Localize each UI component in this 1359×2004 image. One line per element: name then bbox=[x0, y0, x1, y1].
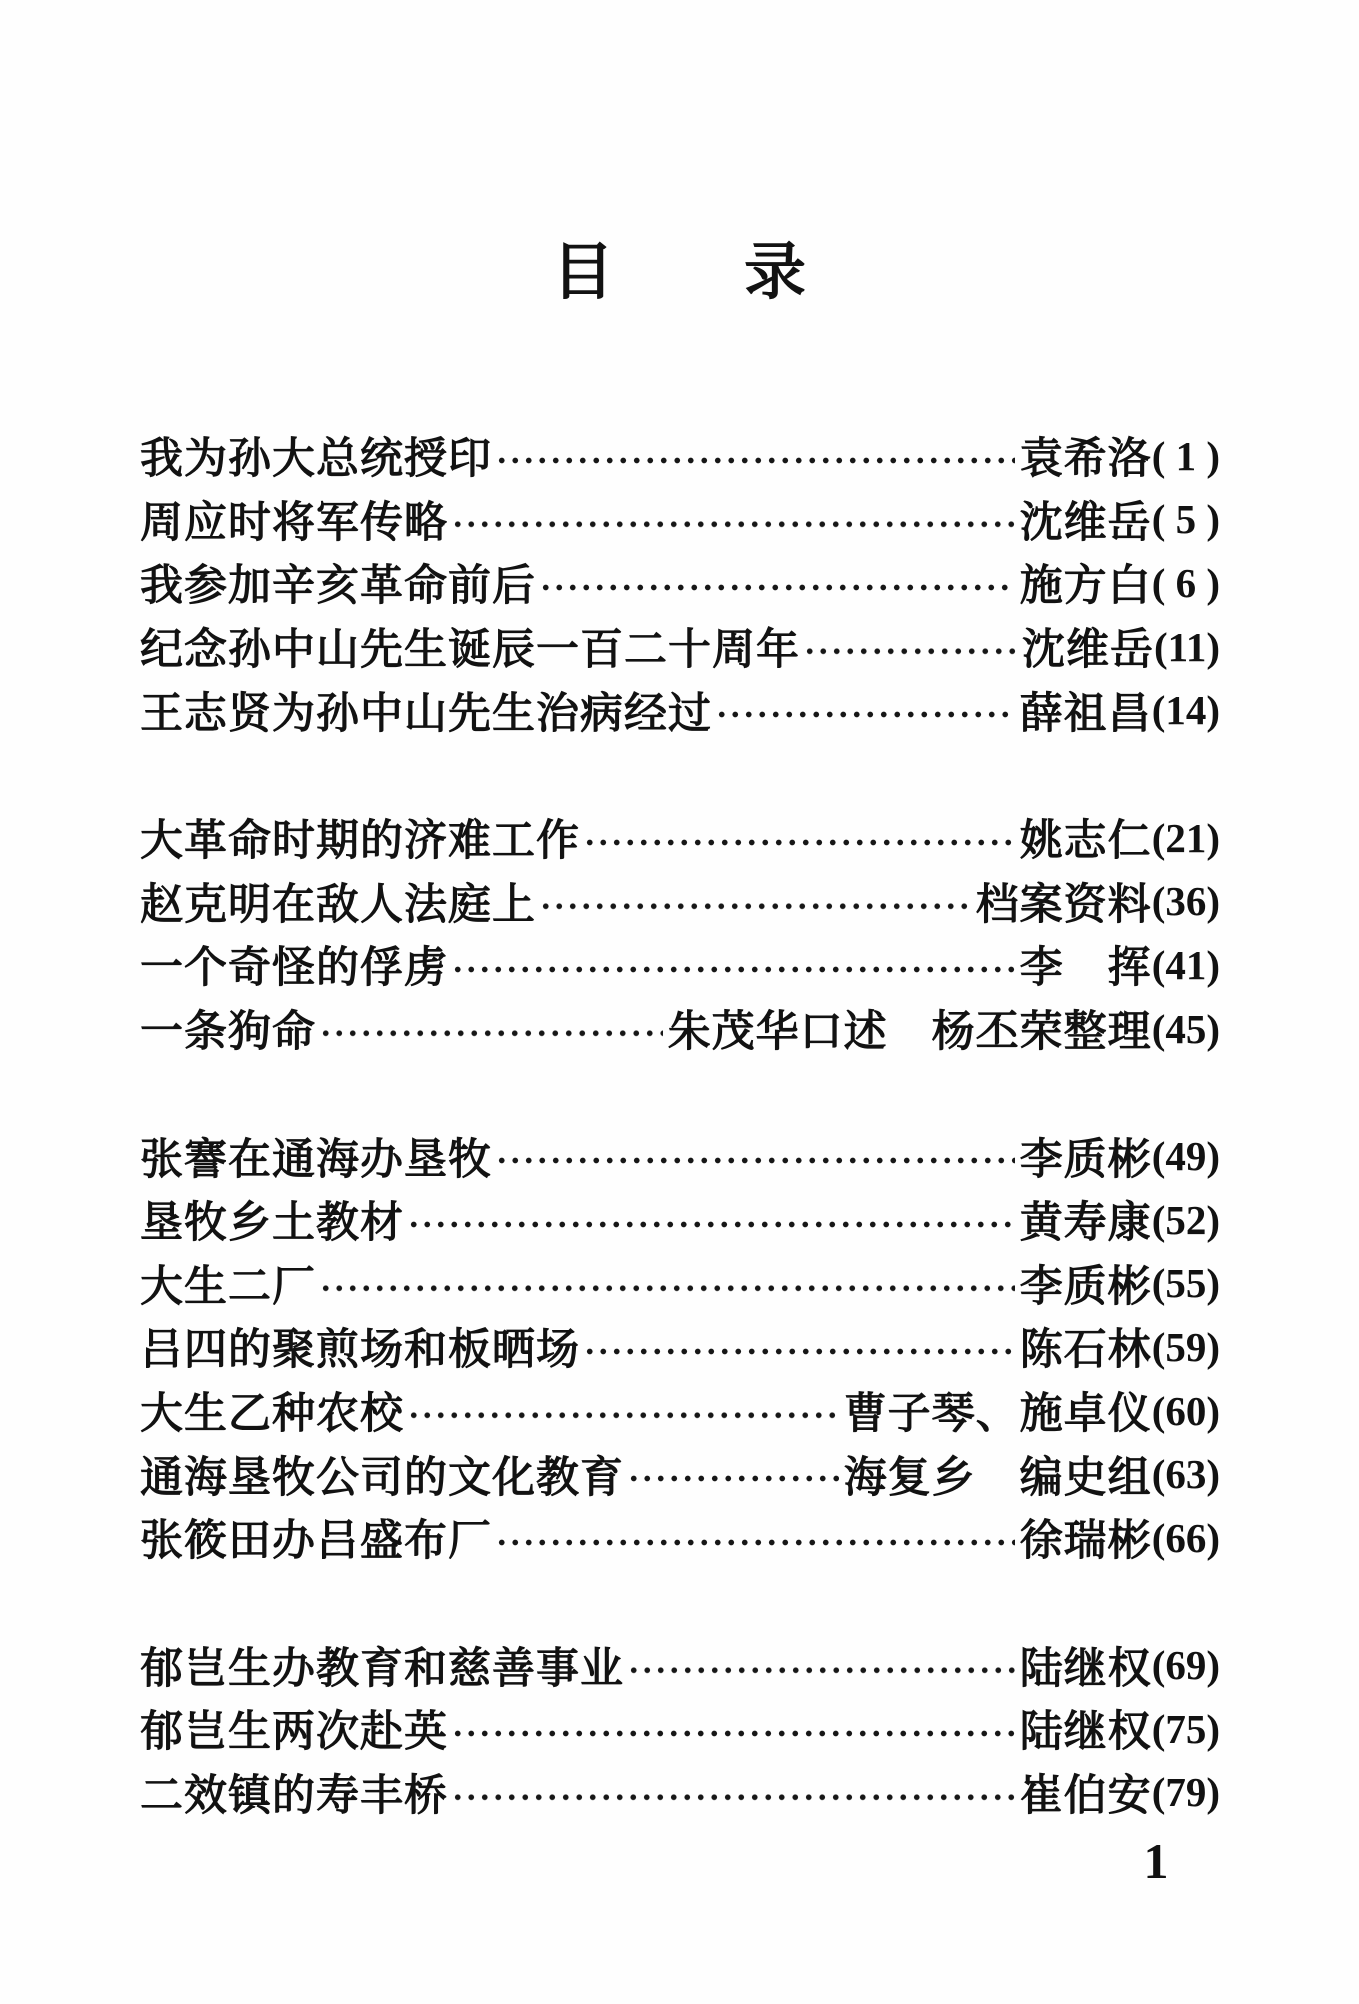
entry-author: 朱茂华口述 杨丕荣整理 bbox=[668, 998, 1152, 1059]
toc-entry: 通海垦牧公司的文化教育 海复乡 编史组 (63) bbox=[140, 1442, 1220, 1506]
toc-group-4: 郁岂生办教育和慈善事业 陆继权 (69) 郁岂生两次赴英 陆继权 (75) 二效… bbox=[140, 1634, 1220, 1825]
entry-author: 沈维岳 bbox=[1022, 616, 1154, 677]
dot-leader bbox=[451, 1697, 1015, 1761]
dot-leader bbox=[451, 933, 1015, 997]
toc-entry: 一个奇怪的俘虏 李 挥 (41) bbox=[140, 933, 1220, 997]
entry-page-number: (49) bbox=[1152, 1132, 1220, 1180]
toc-entry: 郁岂生办教育和慈善事业 陆继权 (69) bbox=[140, 1634, 1220, 1698]
entry-author: 陆继权 bbox=[1020, 1635, 1152, 1696]
dot-leader bbox=[539, 551, 1015, 615]
entry-page-number: (14) bbox=[1152, 686, 1220, 734]
scanned-book-page: 目 录 我为孙大总统授印 袁希洛 ( 1 ) 周应时将军传略 沈维岳 ( 5 )… bbox=[0, 0, 1359, 2004]
dot-leader bbox=[583, 1315, 1015, 1379]
dot-leader bbox=[451, 1761, 1015, 1825]
entry-author: 沈维岳 bbox=[1020, 489, 1152, 550]
dot-leader bbox=[627, 1634, 1015, 1698]
dot-leader bbox=[803, 615, 1017, 679]
entry-title: 通海垦牧公司的文化教育 bbox=[140, 1444, 624, 1505]
entry-author: 陆继权 bbox=[1020, 1698, 1152, 1759]
entry-page-number: ( 6 ) bbox=[1152, 559, 1220, 607]
entry-author: 曹子琴、施卓仪 bbox=[844, 1380, 1152, 1441]
entry-page-number: (79) bbox=[1152, 1768, 1220, 1816]
entry-title: 张筱田办吕盛布厂 bbox=[140, 1507, 492, 1568]
dot-leader bbox=[451, 488, 1015, 552]
entry-author: 薛祖昌 bbox=[1020, 680, 1152, 741]
dot-leader bbox=[715, 678, 1015, 742]
entry-title: 大革命时期的济难工作 bbox=[140, 807, 580, 868]
entry-title: 大生二厂 bbox=[140, 1253, 316, 1314]
dot-leader bbox=[539, 870, 971, 934]
entry-title: 张謇在通海办垦牧 bbox=[140, 1126, 492, 1187]
entry-page-number: (21) bbox=[1152, 814, 1220, 862]
entry-author: 档案资料 bbox=[976, 871, 1152, 932]
entry-page-number: ( 5 ) bbox=[1152, 495, 1220, 543]
toc-entry: 我参加辛亥革命前后 施方白 ( 6 ) bbox=[140, 551, 1220, 615]
entry-title: 我为孙大总统授印 bbox=[140, 425, 492, 486]
entry-page-number: (59) bbox=[1152, 1323, 1220, 1371]
toc-group-1: 我为孙大总统授印 袁希洛 ( 1 ) 周应时将军传略 沈维岳 ( 5 ) 我参加… bbox=[140, 424, 1220, 742]
dot-leader bbox=[627, 1442, 839, 1506]
toc-entry: 周应时将军传略 沈维岳 ( 5 ) bbox=[140, 488, 1220, 552]
entry-page-number: (41) bbox=[1152, 941, 1220, 989]
entry-title: 垦牧乡土教材 bbox=[140, 1189, 404, 1250]
dot-leader bbox=[407, 1379, 839, 1443]
entry-author: 施方白 bbox=[1020, 552, 1152, 613]
toc-entry: 赵克明在敌人法庭上 档案资料 (36) bbox=[140, 870, 1220, 934]
entry-author: 袁希洛 bbox=[1020, 425, 1152, 486]
toc-entry: 垦牧乡土教材 黄寿康 (52) bbox=[140, 1188, 1220, 1252]
toc-entry: 纪念孙中山先生诞辰一百二十周年 沈维岳 (11) bbox=[140, 615, 1220, 679]
toc-entry: 郁岂生两次赴英 陆继权 (75) bbox=[140, 1697, 1220, 1761]
toc-group-3: 张謇在通海办垦牧 李质彬 (49) 垦牧乡土教材 黄寿康 (52) 大生二厂 李… bbox=[140, 1124, 1220, 1569]
dot-leader bbox=[495, 424, 1015, 488]
entry-title: 赵克明在敌人法庭上 bbox=[140, 871, 536, 932]
entry-title: 大生乙种农校 bbox=[140, 1380, 404, 1441]
entry-title: 郁岂生两次赴英 bbox=[140, 1698, 448, 1759]
entry-page-number: (36) bbox=[1152, 877, 1220, 925]
entry-author: 李 挥 bbox=[1020, 934, 1152, 995]
table-of-contents: 我为孙大总统授印 袁希洛 ( 1 ) 周应时将军传略 沈维岳 ( 5 ) 我参加… bbox=[140, 424, 1220, 1824]
dot-leader bbox=[319, 997, 663, 1061]
entry-author: 徐瑞彬 bbox=[1020, 1507, 1152, 1568]
dot-leader bbox=[407, 1188, 1015, 1252]
entry-page-number: (60) bbox=[1152, 1387, 1220, 1435]
dot-leader bbox=[495, 1506, 1015, 1570]
entry-title: 二效镇的寿丰桥 bbox=[140, 1762, 448, 1823]
entry-author: 姚志仁 bbox=[1020, 807, 1152, 868]
entry-title: 吕四的聚煎场和板晒场 bbox=[140, 1316, 580, 1377]
toc-entry: 一条狗命 朱茂华口述 杨丕荣整理 (45) bbox=[140, 997, 1220, 1061]
entry-title: 一个奇怪的俘虏 bbox=[140, 934, 448, 995]
entry-author: 李质彬 bbox=[1020, 1253, 1152, 1314]
entry-page-number: ( 1 ) bbox=[1152, 432, 1220, 480]
toc-entry: 王志贤为孙中山先生治病经过 薛祖昌 (14) bbox=[140, 678, 1220, 742]
toc-entry: 张謇在通海办垦牧 李质彬 (49) bbox=[140, 1124, 1220, 1188]
entry-page-number: (69) bbox=[1152, 1641, 1220, 1689]
entry-page-number: (55) bbox=[1152, 1259, 1220, 1307]
entry-author: 黄寿康 bbox=[1020, 1189, 1152, 1250]
entry-author: 陈石林 bbox=[1020, 1316, 1152, 1377]
toc-group-2: 大革命时期的济难工作 姚志仁 (21) 赵克明在敌人法庭上 档案资料 (36) … bbox=[140, 806, 1220, 1060]
toc-entry: 二效镇的寿丰桥 崔伯安 (79) bbox=[140, 1761, 1220, 1825]
toc-entry: 吕四的聚煎场和板晒场 陈石林 (59) bbox=[140, 1315, 1220, 1379]
entry-title: 周应时将军传略 bbox=[140, 489, 448, 550]
entry-page-number: (63) bbox=[1152, 1450, 1220, 1498]
folio-page-number: 1 bbox=[1124, 1832, 1188, 1890]
entry-title: 王志贤为孙中山先生治病经过 bbox=[140, 680, 712, 741]
entry-page-number: (52) bbox=[1152, 1196, 1220, 1244]
toc-entry: 大生乙种农校 曹子琴、施卓仪 (60) bbox=[140, 1379, 1220, 1443]
toc-entry: 我为孙大总统授印 袁希洛 ( 1 ) bbox=[140, 424, 1220, 488]
page-title: 目 录 bbox=[140, 240, 1220, 306]
entry-title: 我参加辛亥革命前后 bbox=[140, 552, 536, 613]
toc-entry: 张筱田办吕盛布厂 徐瑞彬 (66) bbox=[140, 1506, 1220, 1570]
entry-page-number: (66) bbox=[1152, 1514, 1220, 1562]
dot-leader bbox=[319, 1252, 1015, 1316]
entry-page-number: (11) bbox=[1154, 623, 1220, 671]
entry-author: 李质彬 bbox=[1020, 1126, 1152, 1187]
entry-page-number: (45) bbox=[1152, 1005, 1220, 1053]
toc-entry: 大生二厂 李质彬 (55) bbox=[140, 1252, 1220, 1316]
entry-author: 海复乡 编史组 bbox=[844, 1444, 1152, 1505]
entry-title: 一条狗命 bbox=[140, 998, 316, 1059]
entry-page-number: (75) bbox=[1152, 1705, 1220, 1753]
dot-leader bbox=[583, 806, 1015, 870]
entry-author: 崔伯安 bbox=[1020, 1762, 1152, 1823]
dot-leader bbox=[495, 1124, 1015, 1188]
entry-title: 纪念孙中山先生诞辰一百二十周年 bbox=[140, 616, 800, 677]
toc-entry: 大革命时期的济难工作 姚志仁 (21) bbox=[140, 806, 1220, 870]
entry-title: 郁岂生办教育和慈善事业 bbox=[140, 1635, 624, 1696]
